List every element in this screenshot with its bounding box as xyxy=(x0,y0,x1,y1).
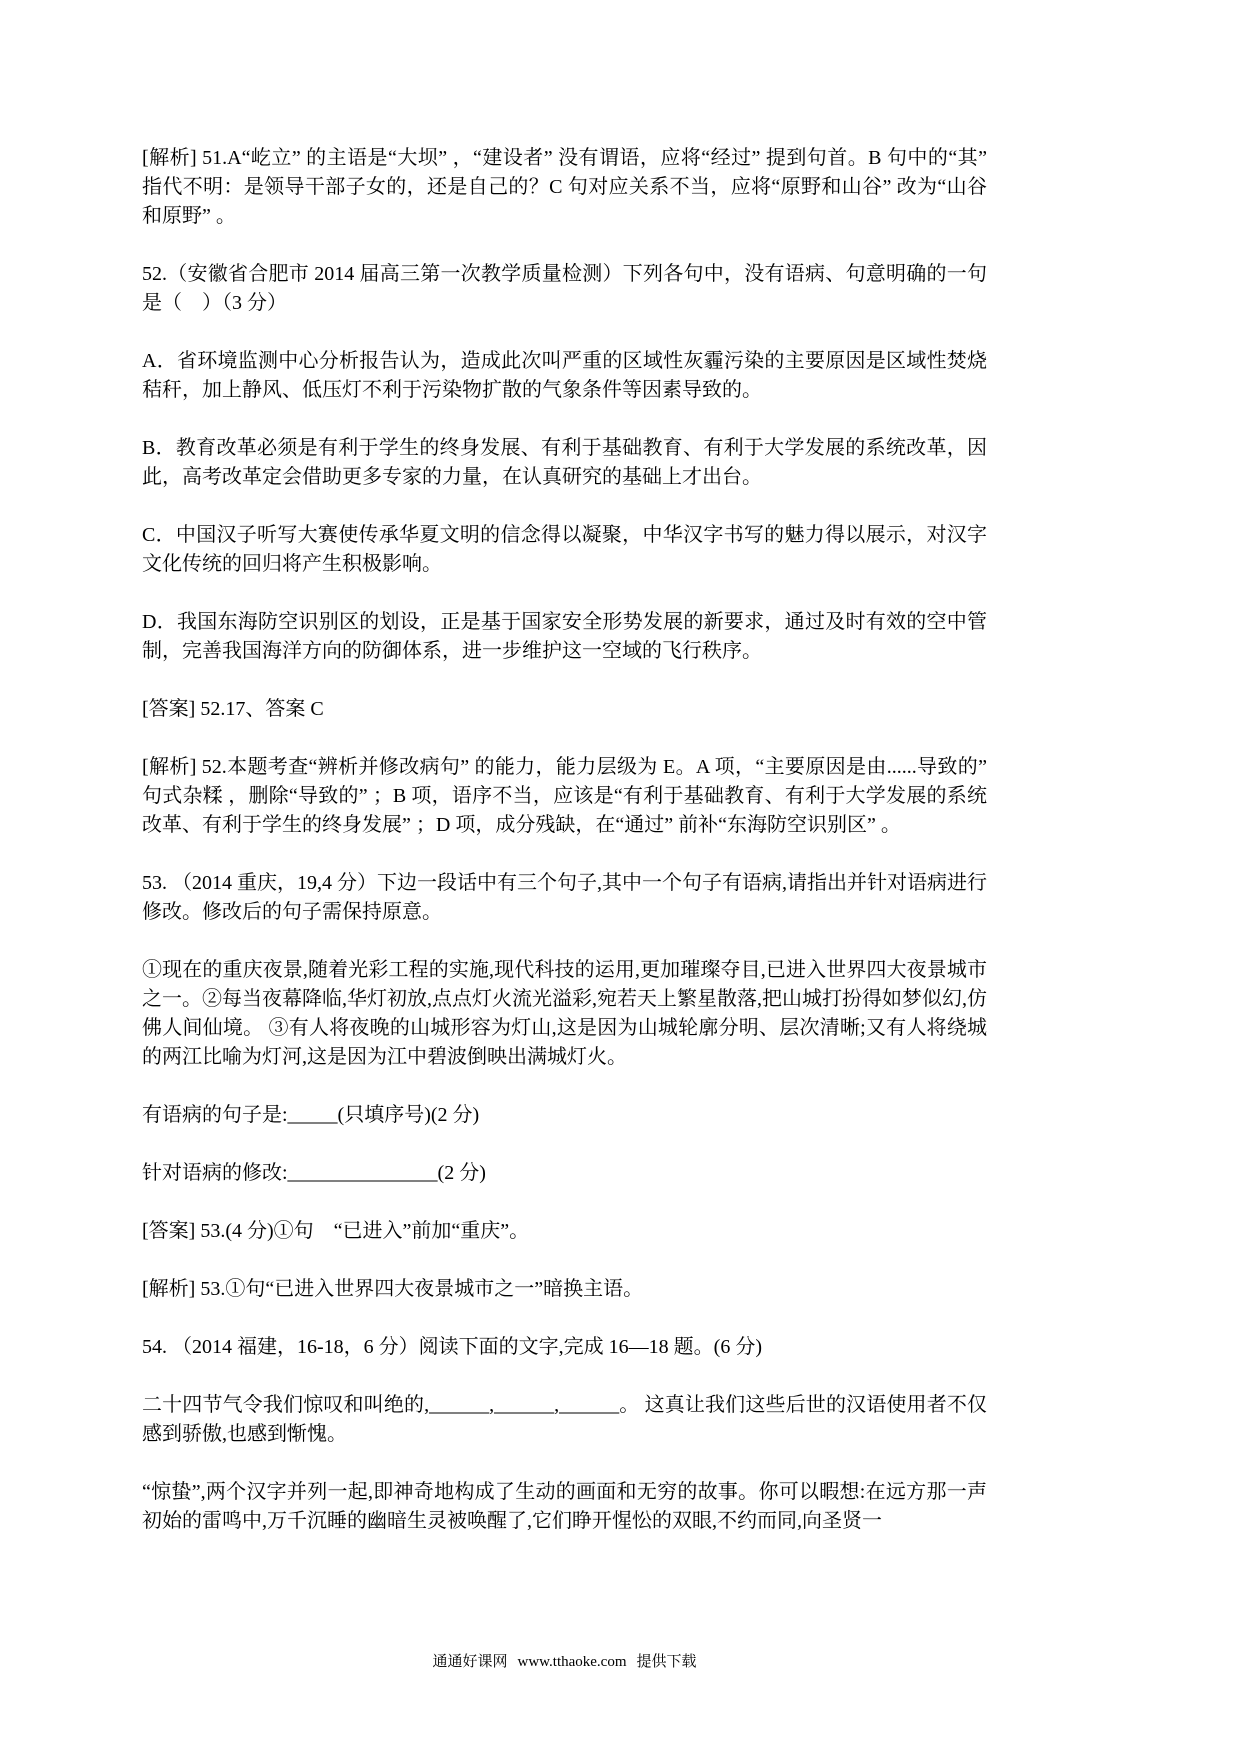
footer-download-suffix: 提供下载 xyxy=(637,1654,697,1670)
question-52-option-a: A．省环境监测中心分析报告认为，造成此次叫严重的区域性灰霾污染的主要原因是区域性… xyxy=(142,347,987,405)
question-53-blank-fix: 针对语病的修改:_______________(2 分) xyxy=(142,1159,987,1188)
option-a-text: 省环境监测中心分析报告认为，造成此次叫严重的区域性灰霾污染的主要原因是区域性焚烧… xyxy=(142,350,987,401)
footer-url: www.tthaoke.com xyxy=(518,1654,627,1670)
question-53-stem: 53. （2014 重庆，19,4 分）下边一段话中有三个句子,其中一个句子有语… xyxy=(142,869,987,927)
document-page: [解析] 51.A“屹立” 的主语是“大坝” ，“建设者” 没有谓语，应将“经过… xyxy=(0,0,1240,1754)
question-52-option-d: D．我国东海防空识别区的划设，正是基于国家安全形势发展的新要求，通过及时有效的空… xyxy=(142,608,987,666)
question-54-stem: 54. （2014 福建，16-18，6 分）阅读下面的文字,完成 16—18 … xyxy=(142,1333,987,1362)
page-footer: 通通好课网www.tthaoke.com提供下载 xyxy=(142,1652,987,1672)
analysis-53: [解析] 53.①句“已进入世界四大夜景城市之一”暗换主语。 xyxy=(142,1275,987,1304)
option-b-label: B． xyxy=(142,437,176,459)
question-52-option-c: C．中国汉子听写大赛使传承华夏文明的信念得以凝聚，中华汉字书写的魅力得以展示，对… xyxy=(142,521,987,579)
footer-site-name: 通通好课网 xyxy=(432,1654,507,1670)
question-52-stem: 52.（安徽省合肥市 2014 届高三第一次教学质量检测）下列各句中，没有语病、… xyxy=(142,260,987,318)
analysis-52: [解析] 52.本题考查“辨析并修改病句” 的能力，能力层级为 E。A 项，“主… xyxy=(142,753,987,840)
question-54-passage-2: “惊蛰”,两个汉字并列一起,即神奇地构成了生动的画面和无穷的故事。你可以暇想:在… xyxy=(142,1478,987,1536)
option-c-text: 中国汉子听写大赛使传承华夏文明的信念得以凝聚，中华汉字书写的魅力得以展示，对汉字… xyxy=(142,524,987,575)
option-d-label: D． xyxy=(142,611,177,633)
question-52-option-b: B．教育改革必须是有利于学生的终身发展、有利于基础教育、有利于大学发展的系统改革… xyxy=(142,434,987,492)
question-54-passage-1: 二十四节气令我们惊叹和叫绝的,______,______,______。 这真让… xyxy=(142,1391,987,1449)
answer-52: [答案] 52.17、答案 C xyxy=(142,695,987,724)
analysis-51-paragraph: [解析] 51.A“屹立” 的主语是“大坝” ，“建设者” 没有谓语，应将“经过… xyxy=(142,144,987,231)
option-d-text: 我国东海防空识别区的划设，正是基于国家安全形势发展的新要求，通过及时有效的空中管… xyxy=(142,611,987,662)
question-53-blank-sentence: 有语病的句子是:_____(只填序号)(2 分) xyxy=(142,1101,987,1130)
question-53-passage: ①现在的重庆夜景,随着光彩工程的实施,现代科技的运用,更加璀璨夺目,已进入世界四… xyxy=(142,956,987,1072)
document-body: [解析] 51.A“屹立” 的主语是“大坝” ，“建设者” 没有谓语，应将“经过… xyxy=(142,144,987,1536)
option-a-label: A． xyxy=(142,350,177,372)
answer-53: [答案] 53.(4 分)①句 “已进入”前加“重庆”。 xyxy=(142,1217,987,1246)
option-b-text: 教育改革必须是有利于学生的终身发展、有利于基础教育、有利于大学发展的系统改革，因… xyxy=(142,437,987,488)
option-c-label: C． xyxy=(142,524,176,546)
